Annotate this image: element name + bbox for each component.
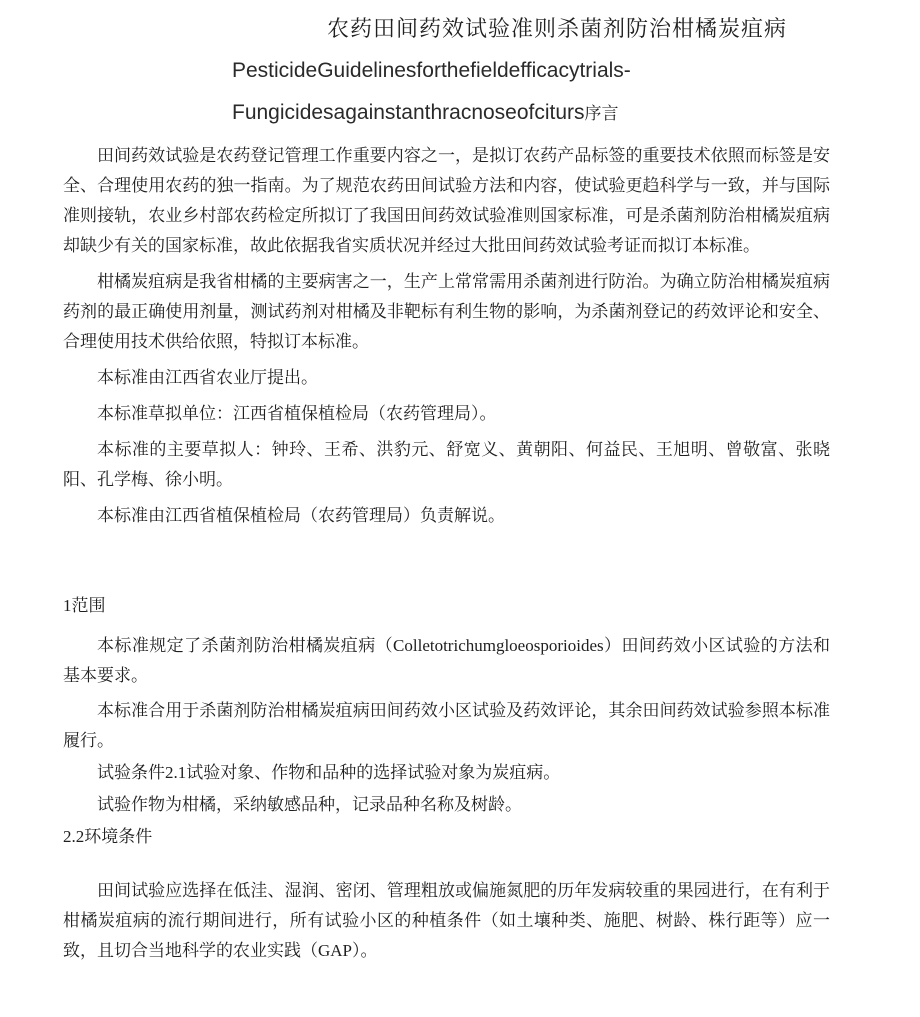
preface-paragraph: 本标准由江西省农业厅提出。 bbox=[63, 363, 830, 393]
section-heading-scope: 1范围 bbox=[63, 591, 830, 621]
preface-label: 序言 bbox=[585, 104, 619, 123]
section2-paragraph: 田间试验应选择在低洼、湿润、密闭、管理粗放或偏施氮肥的历年发病较重的果园进行，在… bbox=[63, 876, 830, 966]
document-title-en-line2: Fungicidesagainstanthracnoseofciturs序言 bbox=[232, 100, 830, 127]
section1-paragraph: 试验条件2.1试验对象、作物和品种的选择试验对象为炭疽病。 bbox=[63, 758, 830, 788]
section-heading-environment: 2.2环境条件 bbox=[63, 822, 830, 852]
document-title-en-line2-text: Fungicidesagainstanthracnoseofciturs bbox=[232, 101, 585, 124]
document-title-cn: 农药田间药效试验准则杀菌剂防治柑橘炭疽病 bbox=[327, 14, 830, 44]
document-body: 田间药效试验是农药登记管理工作重要内容之一，是拟订农药产品标签的重要技术依照而标… bbox=[63, 141, 830, 966]
preface-paragraph: 本标准草拟单位：江西省植保植检局（农药管理局）。 bbox=[63, 399, 830, 429]
section1-paragraph: 试验作物为柑橘，采纳敏感品种，记录品种名称及树龄。 bbox=[63, 790, 830, 820]
preface-paragraph: 本标准由江西省植保植检局（农药管理局）负责解说。 bbox=[63, 501, 830, 531]
preface-paragraph: 本标准的主要草拟人：钟玲、王希、洪豹元、舒宽义、黄朝阳、何益民、王旭明、曾敬富、… bbox=[63, 435, 830, 495]
preface-paragraph: 田间药效试验是农药登记管理工作重要内容之一，是拟订农药产品标签的重要技术依照而标… bbox=[63, 141, 830, 261]
preface-paragraph: 柑橘炭疽病是我省柑橘的主要病害之一，生产上常常需用杀菌剂进行防治。为确立防治柑橘… bbox=[63, 267, 830, 357]
document-title-en-line1: PesticideGuidelinesforthefieldefficacytr… bbox=[232, 58, 830, 84]
section1-paragraph: 本标准规定了杀菌剂防治柑橘炭疽病（Colletotrichumgloeospor… bbox=[63, 631, 830, 691]
section1-paragraph: 本标准合用于杀菌剂防治柑橘炭疽病田间药效小区试验及药效评论，其余田间药效试验参照… bbox=[63, 696, 830, 756]
document-page: 农药田间药效试验准则杀菌剂防治柑橘炭疽病 PesticideGuidelines… bbox=[0, 0, 920, 1017]
